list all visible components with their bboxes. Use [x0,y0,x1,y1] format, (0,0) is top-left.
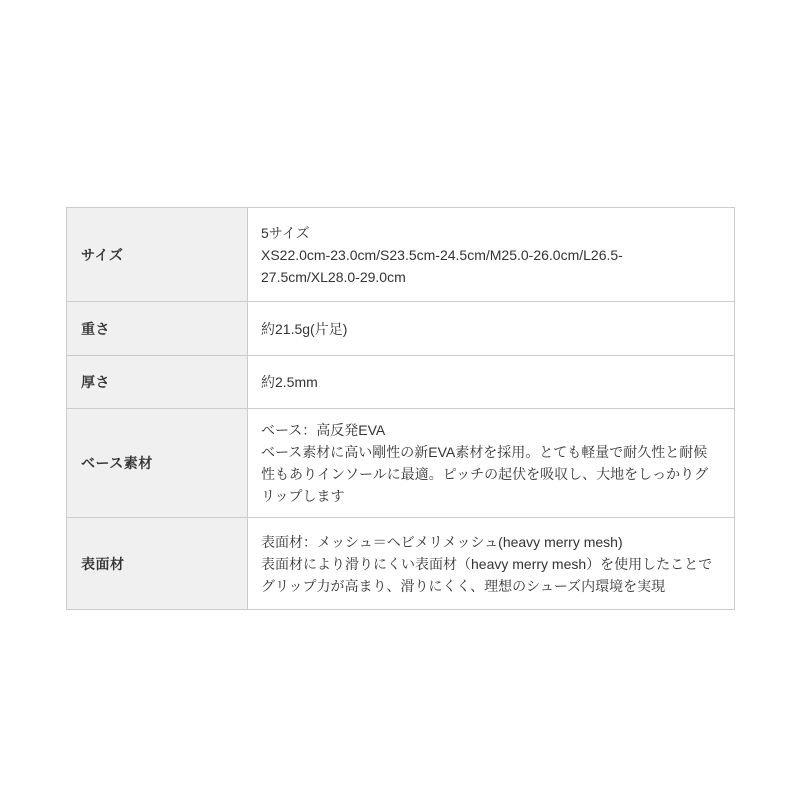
spec-label-size: サイズ [67,208,248,302]
spec-label-base-material: ベース素材 [67,409,248,518]
spec-value-line: 5サイズ [261,222,720,244]
product-spec-page: サイズ 5サイズ XS22.0cm-23.0cm/S23.5cm-24.5cm/… [0,0,800,800]
spec-row-size: サイズ 5サイズ XS22.0cm-23.0cm/S23.5cm-24.5cm/… [67,208,735,302]
spec-row-weight: 重さ 約21.5g(片足) [67,302,735,356]
spec-row-base-material: ベース素材 ベース：高反発EVA ベース素材に高い剛性の新EVA素材を採用。とて… [67,409,735,518]
spec-value-weight: 約21.5g(片足) [248,302,735,356]
spec-value-surface-material: 表面材：メッシュ＝ヘビメリメッシュ(heavy merry mesh) 表面材に… [248,518,735,610]
spec-label-thickness: 厚さ [67,356,248,409]
spec-row-surface-material: 表面材 表面材：メッシュ＝ヘビメリメッシュ(heavy merry mesh) … [67,518,735,610]
spec-label-surface-material: 表面材 [67,518,248,610]
spec-value-base-material: ベース：高反発EVA ベース素材に高い剛性の新EVA素材を採用。とても軽量で耐久… [248,409,735,518]
spec-row-thickness: 厚さ 約2.5mm [67,356,735,409]
spec-table: サイズ 5サイズ XS22.0cm-23.0cm/S23.5cm-24.5cm/… [66,207,735,610]
spec-value-line: ベース素材に高い剛性の新EVA素材を採用。とても軽量で耐久性と耐候性もありインソ… [261,441,720,507]
spec-label-weight: 重さ [67,302,248,356]
spec-value-line: 約2.5mm [261,371,720,393]
spec-value-line: 表面材：メッシュ＝ヘビメリメッシュ(heavy merry mesh) [261,531,720,553]
spec-value-line: 約21.5g(片足) [261,318,720,340]
spec-value-line: XS22.0cm-23.0cm/S23.5cm-24.5cm/M25.0-26.… [261,244,720,288]
spec-value-thickness: 約2.5mm [248,356,735,409]
spec-value-size: 5サイズ XS22.0cm-23.0cm/S23.5cm-24.5cm/M25.… [248,208,735,302]
spec-value-line: ベース：高反発EVA [261,419,720,441]
spec-value-line: 表面材により滑りにくい表面材（heavy merry mesh）を使用したことで… [261,553,720,597]
